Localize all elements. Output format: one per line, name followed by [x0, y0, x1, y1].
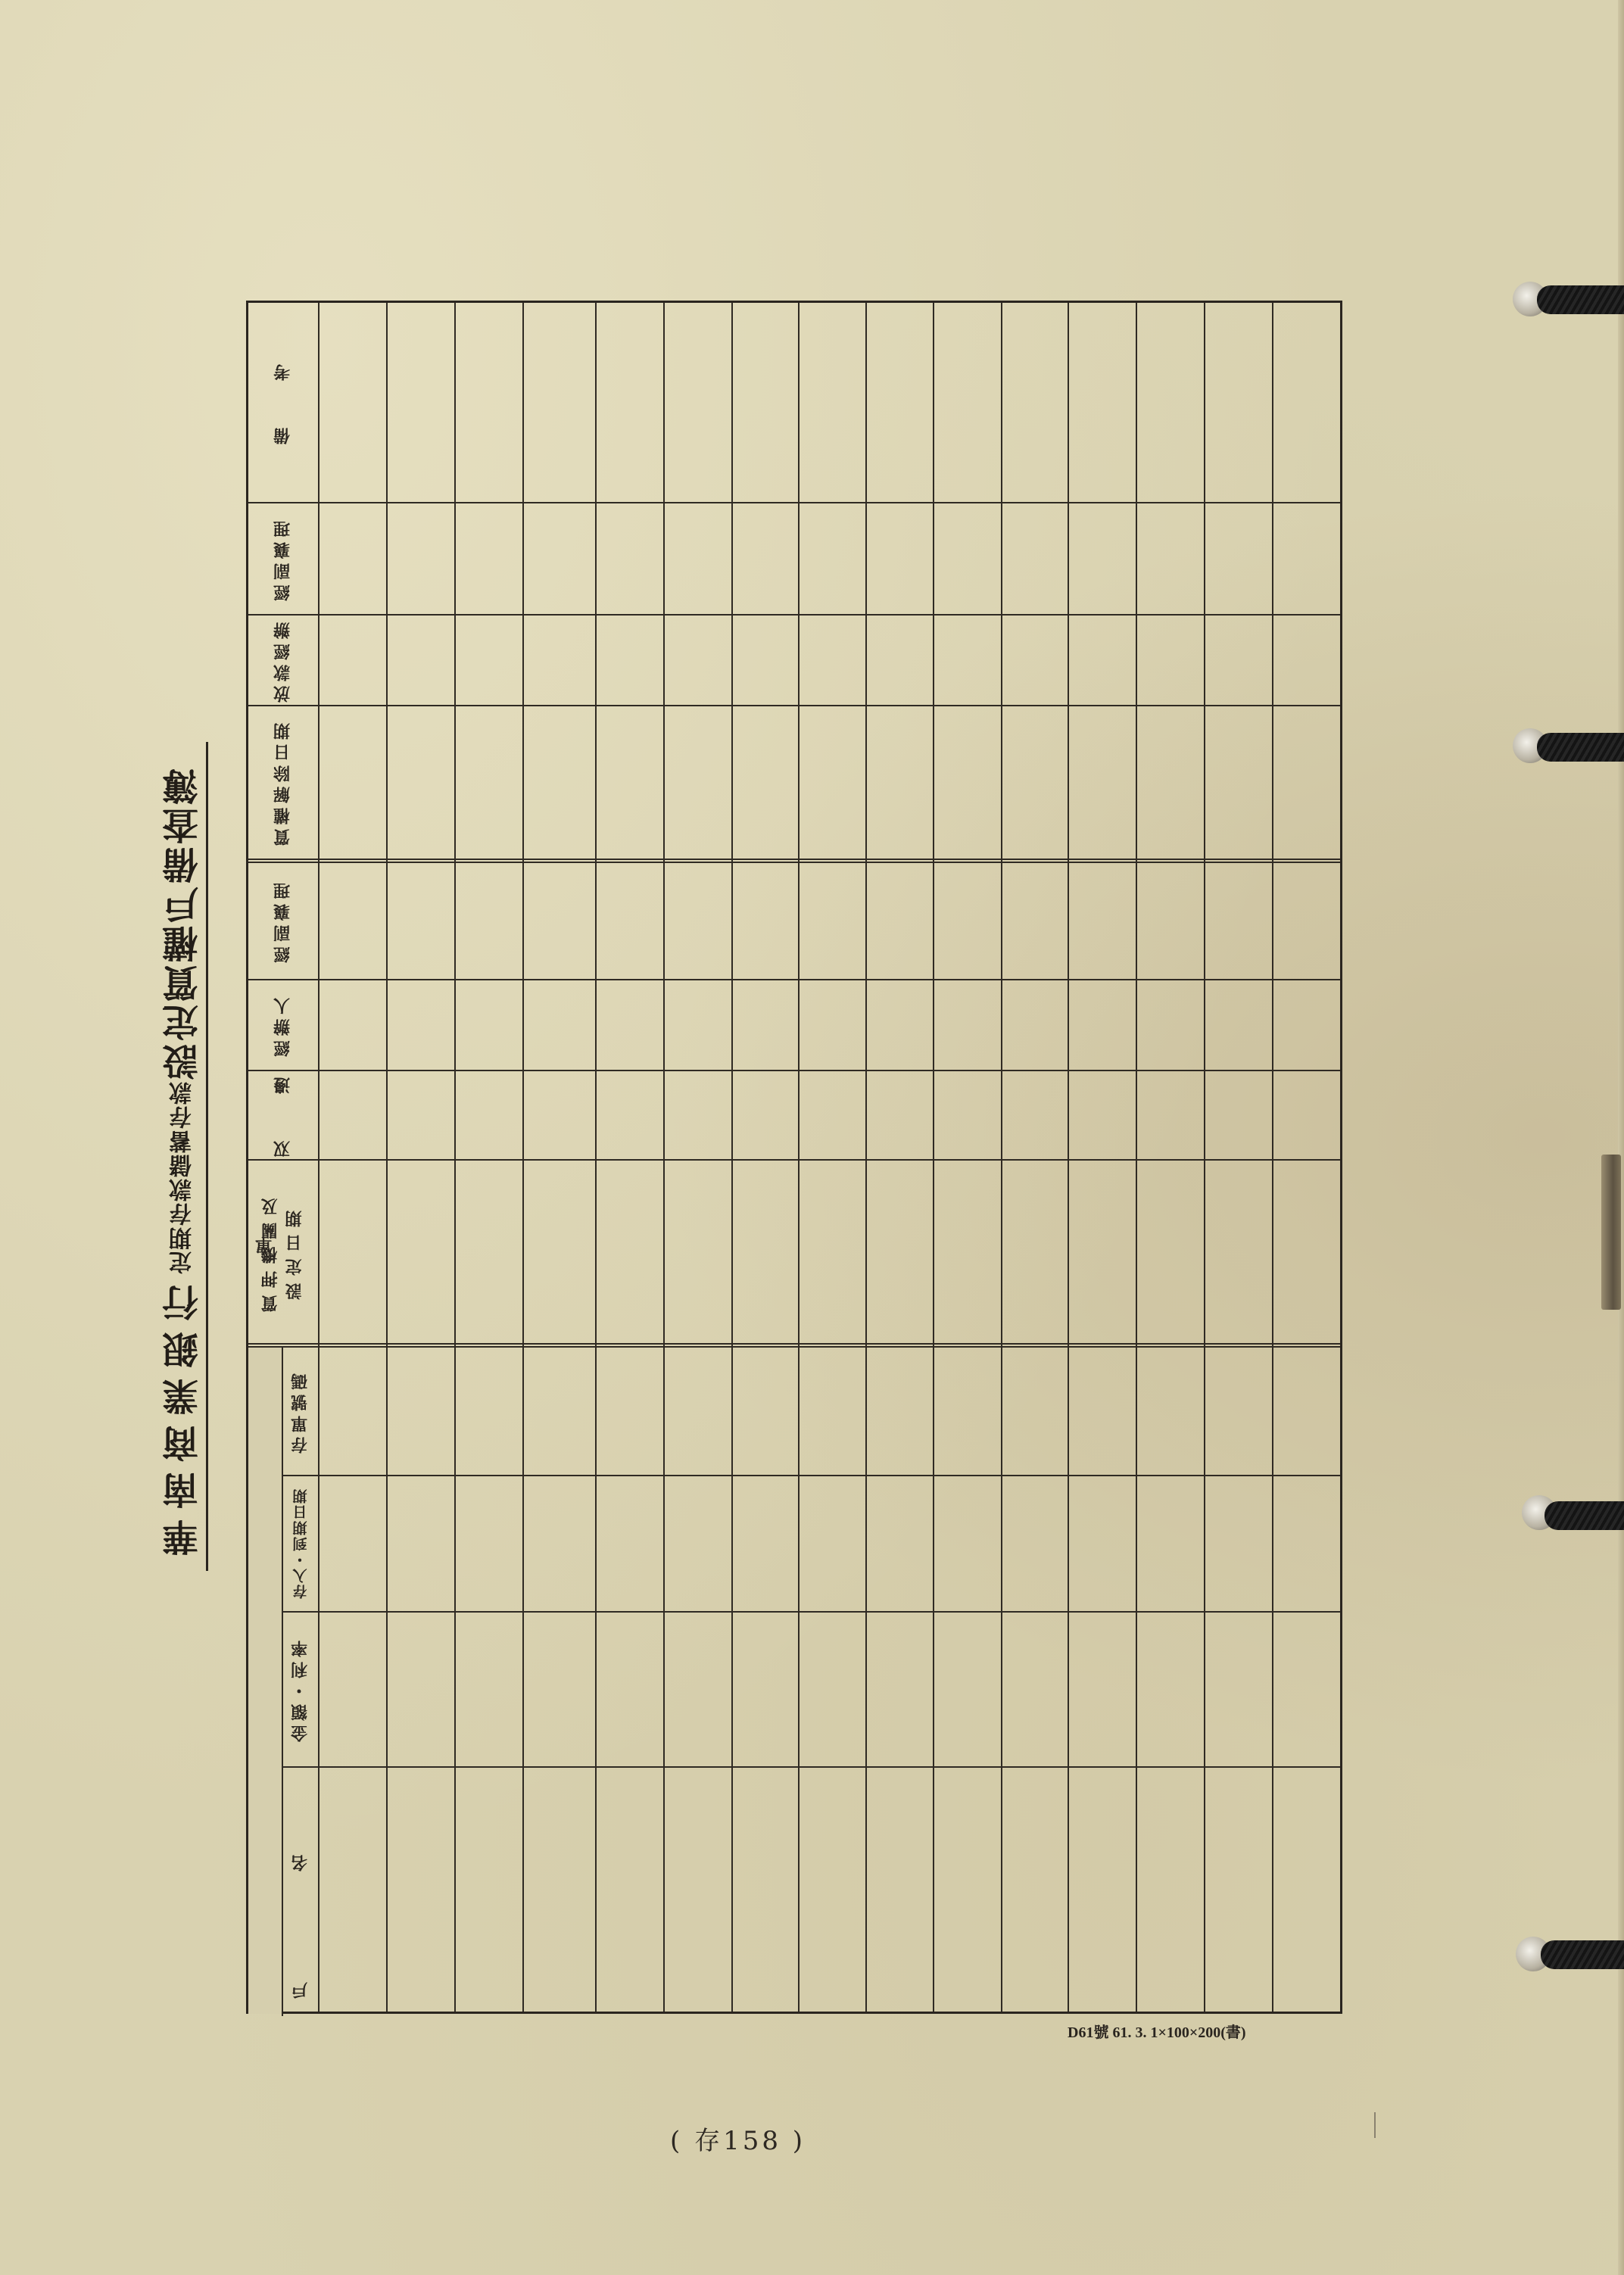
binding-string [1537, 733, 1624, 762]
field-divider [248, 1159, 1340, 1161]
deposit-type-time: 定期存款 [171, 1177, 195, 1274]
header-manager-2: 經副襄理 [248, 863, 318, 979]
section-divider [248, 859, 1340, 863]
header-pledge-release-date: 質權解除日期 [248, 706, 318, 859]
row-divider [595, 303, 597, 2012]
stray-mark [1374, 2112, 1376, 2138]
page-number: ( 存158 ) [670, 2120, 806, 2157]
header-certificate-number: 存單號碼 [283, 1348, 318, 1475]
binding-string [1541, 1940, 1624, 1969]
header-deposit-maturity-date: 存入・到期日期 [283, 1476, 318, 1611]
binding-string [1537, 285, 1624, 314]
deposit-types: 定期存款 儲蓄存款 [171, 1080, 195, 1274]
form-name: 設定質權戶備查簿 [157, 765, 210, 1080]
row-divider [1001, 303, 1002, 2012]
form-code: D61號 61. 3. 1×100×200(書) [1068, 2020, 1246, 2042]
row-divider [1136, 303, 1137, 2012]
page-edge [1618, 0, 1624, 2275]
header-remarks: 備 考 [248, 303, 318, 502]
field-divider [248, 502, 1340, 503]
document-title: 華南商業銀行 定期存款 儲蓄存款 設定質權戶備查簿 [140, 738, 223, 1571]
header-account-name: 戶 名 [283, 1768, 318, 2014]
header-manager-1: 經副襄理 [248, 503, 318, 614]
header-loan-handler: 放款經辦 [248, 615, 318, 705]
row-divider [798, 303, 800, 2012]
section-divider [248, 1343, 1340, 1348]
field-divider [248, 1611, 1340, 1613]
row-divider [933, 303, 934, 2012]
field-divider [248, 614, 1340, 615]
header-pledge-institution-line2: 設定日期 [283, 1204, 307, 1301]
field-divider [248, 1475, 1340, 1476]
row-divider [865, 303, 867, 2012]
binding-string [1545, 1501, 1624, 1530]
header-certificate-group: 存 單 [248, 1348, 282, 2014]
index-tab [1601, 1155, 1621, 1310]
field-divider [248, 705, 1340, 706]
ledger-table: 備 考 經副襄理 放款經辦 質權解除日期 經副襄理 經辦人 双 邊 質押機關及 … [246, 301, 1342, 2014]
row-divider [454, 303, 456, 2012]
row-divider [386, 303, 388, 2012]
field-divider [248, 979, 1340, 980]
deposit-type-savings: 儲蓄存款 [171, 1080, 195, 1177]
row-divider [731, 303, 733, 2012]
row-divider [1068, 303, 1069, 2012]
row-divider [663, 303, 665, 2012]
row-divider [1272, 303, 1273, 2012]
bank-name: 華南商業銀行 [157, 1274, 210, 1556]
row-divider [1204, 303, 1205, 2012]
row-divider [318, 303, 320, 2012]
field-divider [248, 1070, 1340, 1071]
field-divider [248, 1766, 1340, 1768]
title-underline [206, 742, 208, 1571]
header-amount-interest: 金額・利率 [283, 1613, 318, 1766]
row-divider [522, 303, 524, 2012]
